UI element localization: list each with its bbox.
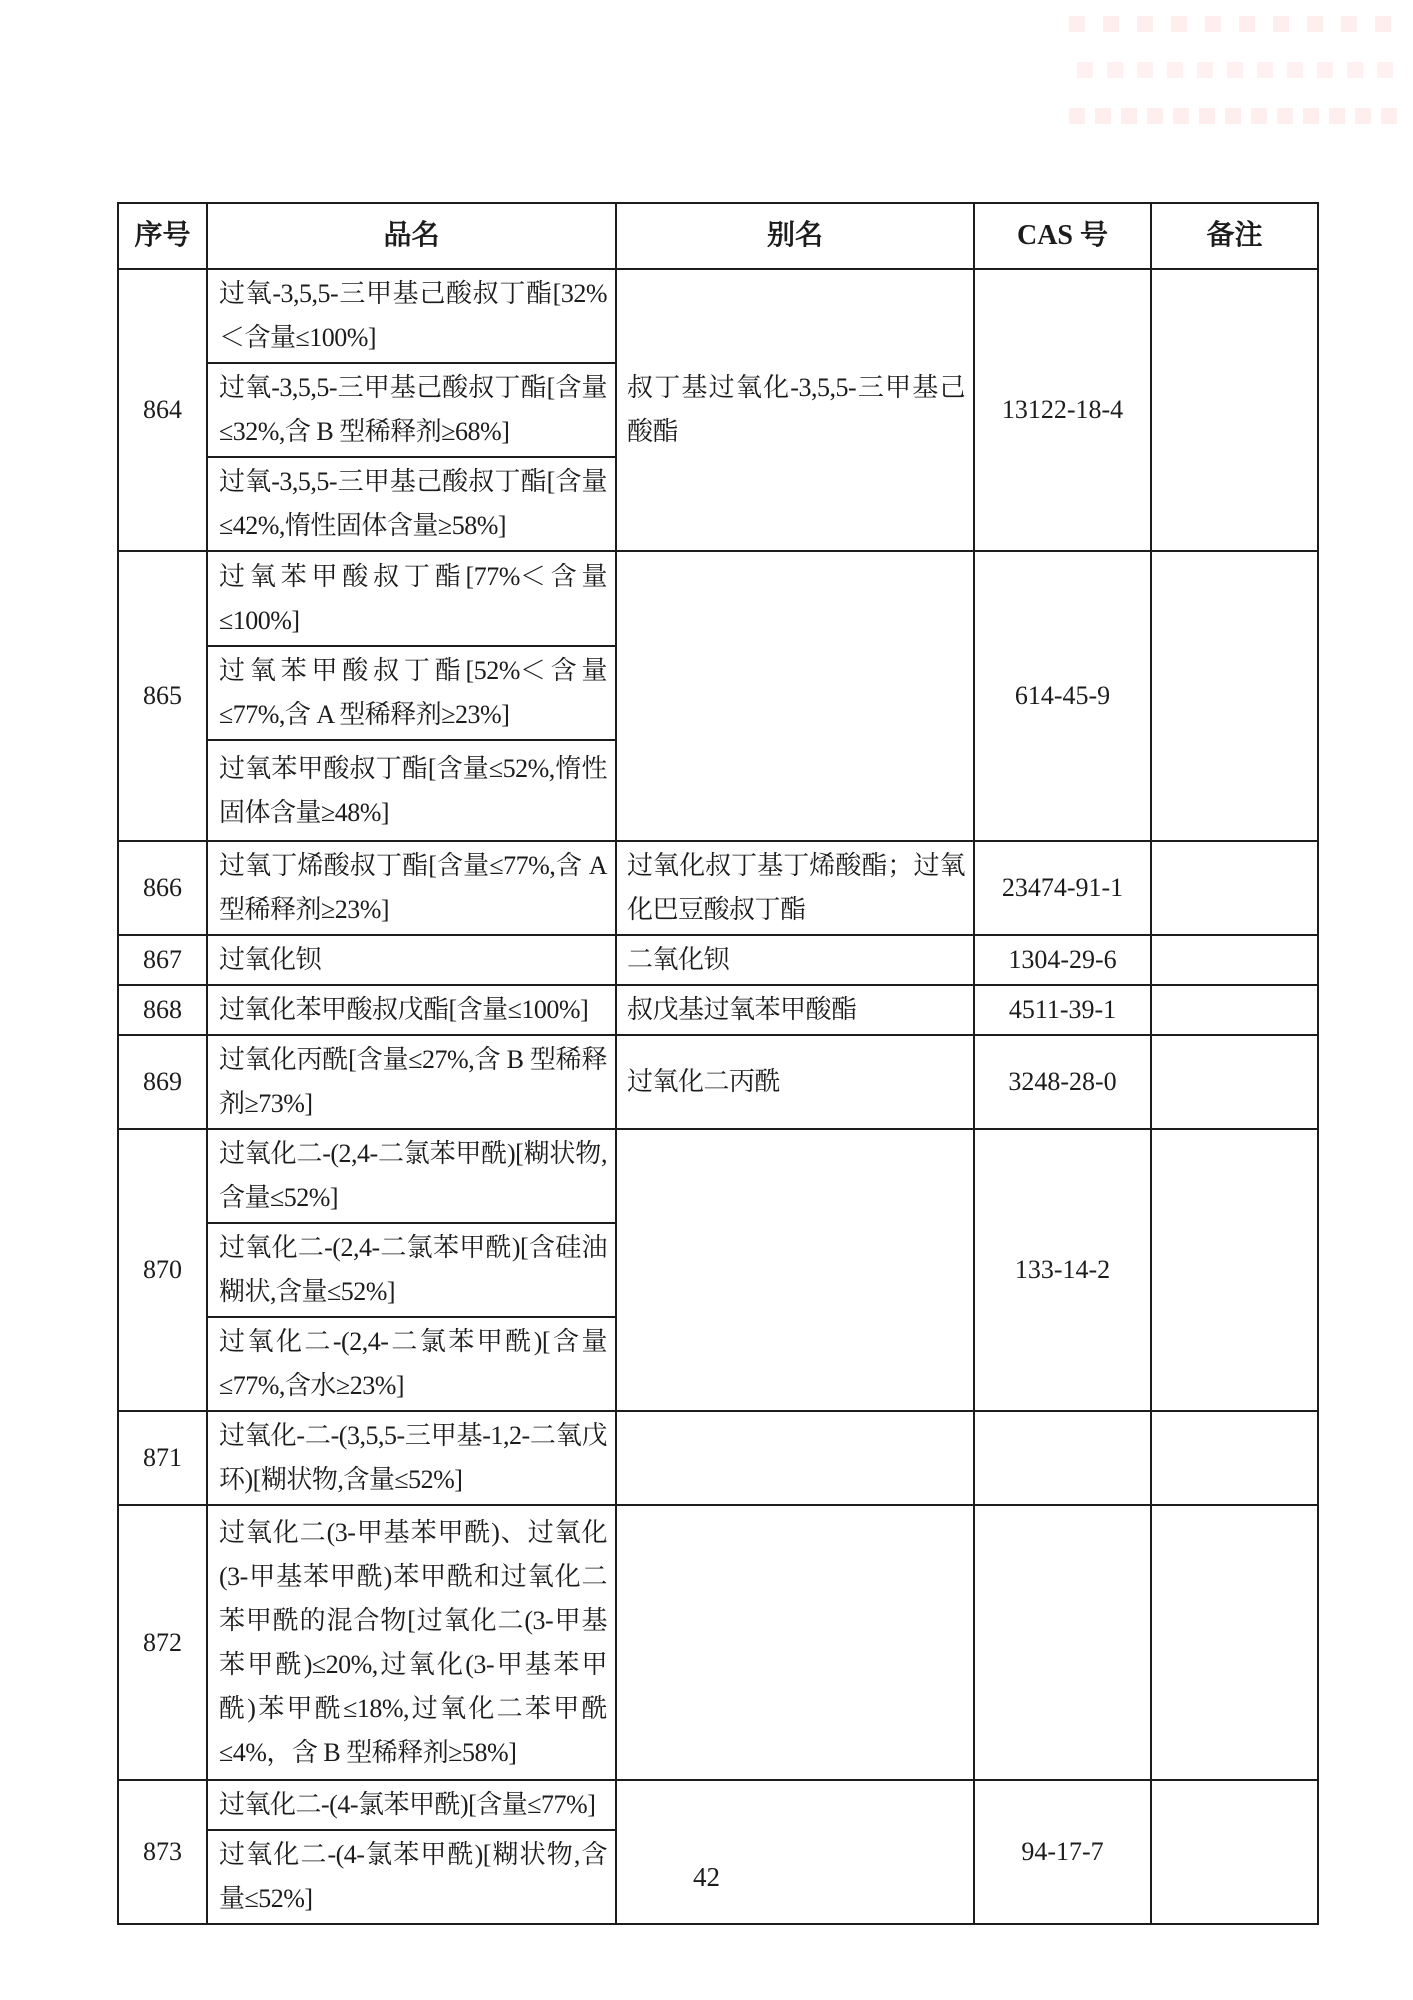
name-870-variant-3: 过氧化二-(2,4-二氯苯甲酰)[含量≤77%,含水≥23%] (207, 1317, 616, 1411)
col-header-note: 备注 (1151, 203, 1318, 269)
name-864-variant-3: 过氧-3,5,5-三甲基己酸叔丁酯[含量≤42%,惰性固体含量≥58%] (207, 457, 616, 551)
name-872: 过氧化二(3-甲基苯甲酰)、过氧化(3-甲基苯甲酰)苯甲酰和过氧化二苯甲酰的混合… (207, 1505, 616, 1780)
cas-869: 3248-28-0 (974, 1035, 1151, 1129)
cas-867: 1304-29-6 (974, 935, 1151, 985)
table-row: 871 过氧化-二-(3,5,5-三甲基-1,2-二氧戊环)[糊状物,含量≤52… (118, 1411, 1318, 1505)
note-865 (1151, 551, 1318, 841)
name-873-variant-1: 过氧化二-(4-氯苯甲酰)[含量≤77%] (207, 1780, 616, 1830)
seq-864: 864 (118, 269, 207, 551)
table-row: 869 过氧化丙酰[含量≤27%,含 B 型稀释剂≥73%] 过氧化二丙酰 32… (118, 1035, 1318, 1129)
note-871 (1151, 1411, 1318, 1505)
note-872 (1151, 1505, 1318, 1780)
alias-864: 叔丁基过氧化-3,5,5-三甲基己酸酯 (616, 269, 974, 551)
name-868: 过氧化苯甲酸叔戊酯[含量≤100%] (207, 985, 616, 1035)
col-header-alias: 别名 (616, 203, 974, 269)
document-page: 序号 品名 别名 CAS 号 备注 864 过氧-3,5,5-三甲基己酸叔丁酯[… (0, 0, 1413, 2000)
seq-866: 866 (118, 841, 207, 935)
alias-868: 叔戊基过氧苯甲酸酯 (616, 985, 974, 1035)
alias-869: 过氧化二丙酰 (616, 1035, 974, 1129)
note-868 (1151, 985, 1318, 1035)
table-row: 872 过氧化二(3-甲基苯甲酰)、过氧化(3-甲基苯甲酰)苯甲酰和过氧化二苯甲… (118, 1505, 1318, 1780)
page-number: 42 (0, 1862, 1413, 1893)
chemical-list-table: 序号 品名 别名 CAS 号 备注 864 过氧-3,5,5-三甲基己酸叔丁酯[… (117, 202, 1319, 1925)
cas-866: 23474-91-1 (974, 841, 1151, 935)
alias-865 (616, 551, 974, 841)
name-867: 过氧化钡 (207, 935, 616, 985)
seq-872: 872 (118, 1505, 207, 1780)
note-866 (1151, 841, 1318, 935)
note-867 (1151, 935, 1318, 985)
table-header-row: 序号 品名 别名 CAS 号 备注 (118, 203, 1318, 269)
alias-870 (616, 1129, 974, 1411)
faint-watermark (1069, 10, 1399, 135)
name-869: 过氧化丙酰[含量≤27%,含 B 型稀释剂≥73%] (207, 1035, 616, 1129)
table-row: 865 过氧苯甲酸叔丁酯[77%＜含量≤100%] 614-45-9 (118, 551, 1318, 646)
seq-869: 869 (118, 1035, 207, 1129)
table-row: 873 过氧化二-(4-氯苯甲酰)[含量≤77%] 94-17-7 (118, 1780, 1318, 1830)
cas-873: 94-17-7 (974, 1780, 1151, 1924)
seq-873: 873 (118, 1780, 207, 1924)
table-row: 868 过氧化苯甲酸叔戊酯[含量≤100%] 叔戊基过氧苯甲酸酯 4511-39… (118, 985, 1318, 1035)
cas-872 (974, 1505, 1151, 1780)
alias-871 (616, 1411, 974, 1505)
note-873 (1151, 1780, 1318, 1924)
col-header-seq: 序号 (118, 203, 207, 269)
seq-870: 870 (118, 1129, 207, 1411)
name-870-variant-2: 过氧化二-(2,4-二氯苯甲酰)[含硅油糊状,含量≤52%] (207, 1223, 616, 1317)
table-row: 870 过氧化二-(2,4-二氯苯甲酰)[糊状物,含量≤52%] 133-14-… (118, 1129, 1318, 1223)
cas-865: 614-45-9 (974, 551, 1151, 841)
table-row: 867 过氧化钡 二氧化钡 1304-29-6 (118, 935, 1318, 985)
name-866: 过氧丁烯酸叔丁酯[含量≤77%,含 A 型稀释剂≥23%] (207, 841, 616, 935)
col-header-name: 品名 (207, 203, 616, 269)
name-865-variant-1: 过氧苯甲酸叔丁酯[77%＜含量≤100%] (207, 551, 616, 646)
seq-871: 871 (118, 1411, 207, 1505)
seq-868: 868 (118, 985, 207, 1035)
cas-868: 4511-39-1 (974, 985, 1151, 1035)
name-870-variant-1: 过氧化二-(2,4-二氯苯甲酰)[糊状物,含量≤52%] (207, 1129, 616, 1223)
name-865-variant-3: 过氧苯甲酸叔丁酯[含量≤52%,惰性固体含量≥48%] (207, 740, 616, 841)
name-871: 过氧化-二-(3,5,5-三甲基-1,2-二氧戊环)[糊状物,含量≤52%] (207, 1411, 616, 1505)
cas-864: 13122-18-4 (974, 269, 1151, 551)
name-864-variant-1: 过氧-3,5,5-三甲基己酸叔丁酯[32%＜含量≤100%] (207, 269, 616, 363)
seq-867: 867 (118, 935, 207, 985)
alias-873 (616, 1780, 974, 1924)
col-header-cas: CAS 号 (974, 203, 1151, 269)
cas-870: 133-14-2 (974, 1129, 1151, 1411)
alias-866: 过氧化叔丁基丁烯酸酯；过氧化巴豆酸叔丁酯 (616, 841, 974, 935)
seq-865: 865 (118, 551, 207, 841)
alias-872 (616, 1505, 974, 1780)
cas-871 (974, 1411, 1151, 1505)
name-865-variant-2: 过氧苯甲酸叔丁酯[52%＜含量≤77%,含 A 型稀释剂≥23%] (207, 646, 616, 740)
name-864-variant-2: 过氧-3,5,5-三甲基己酸叔丁酯[含量≤32%,含 B 型稀释剂≥68%] (207, 363, 616, 457)
note-864 (1151, 269, 1318, 551)
note-869 (1151, 1035, 1318, 1129)
alias-867: 二氧化钡 (616, 935, 974, 985)
table-row: 866 过氧丁烯酸叔丁酯[含量≤77%,含 A 型稀释剂≥23%] 过氧化叔丁基… (118, 841, 1318, 935)
note-870 (1151, 1129, 1318, 1411)
table-row: 864 过氧-3,5,5-三甲基己酸叔丁酯[32%＜含量≤100%] 叔丁基过氧… (118, 269, 1318, 363)
